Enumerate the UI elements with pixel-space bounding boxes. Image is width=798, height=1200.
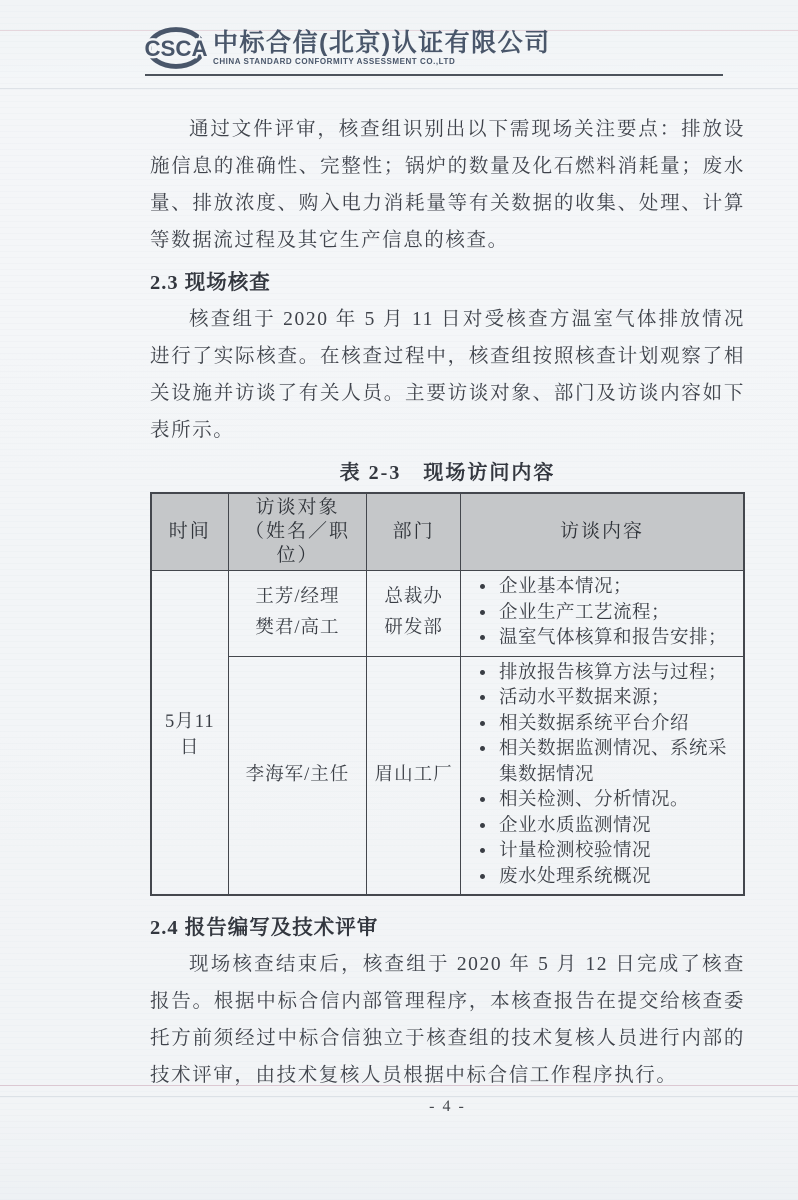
col-header-time: 时间 [151,493,228,571]
table-row: 5月11日 王芳/经理樊君/高工 总裁办研发部 企业基本情况；企业生产工艺流程；… [151,571,744,657]
topics-cell: 企业基本情况；企业生产工艺流程；温室气体核算和报告安排； [461,571,744,657]
interviewee-cell: 李海军/主任 [228,656,367,895]
document-body: 通过文件评审，核查组识别出以下需现场关注要点：排放设施信息的准确性、完整性；锅炉… [150,111,745,1094]
department-cell: 眉山工厂 [367,656,461,895]
table-caption: 表 2-3 现场访问内容 [150,456,745,485]
scanned-report-page: CSCA 中标合信(北京)认证有限公司 CHINA STANDARD CONFO… [0,0,798,1200]
company-name-block: 中标合信(北京)认证有限公司 CHINA STANDARD CONFORMITY… [213,30,551,67]
scan-artifact-line [0,1096,798,1097]
col-header-department: 部门 [367,493,461,571]
time-cell: 5月11日 [151,571,228,896]
header-rule [145,74,723,76]
section-2-4-paragraph: 现场核查结束后，核查组于 2020 年 5 月 12 日完成了核查报告。根据中标… [150,946,745,1094]
col-header-interviewee: 访谈对象 （姓名／职位） [228,493,367,571]
department-cell: 总裁办研发部 [367,571,461,657]
topics-cell: 排放报告核算方法与过程；活动水平数据来源；相关数据系统平台介绍相关数据监测情况、… [461,656,744,895]
col-header-content: 访谈内容 [461,493,744,571]
csca-emblem-icon: CSCA [145,24,207,72]
svg-text:CSCA: CSCA [145,36,207,61]
page-number: - 4 - [150,1098,745,1116]
table-row: 李海军/主任 眉山工厂 排放报告核算方法与过程；活动水平数据来源；相关数据系统平… [151,656,744,895]
company-name-cn: 中标合信(北京)认证有限公司 [213,30,551,56]
section-2-4-heading: 2.4 报告编写及技术评审 [150,910,745,946]
company-name-en: CHINA STANDARD CONFORMITY ASSESSMENT CO.… [213,56,551,67]
section-2-3-heading: 2.3 现场核查 [150,265,745,301]
interviewee-cell: 王芳/经理樊君/高工 [228,571,367,657]
company-logo: CSCA 中标合信(北京)认证有限公司 CHINA STANDARD CONFO… [145,24,725,72]
page-header: CSCA 中标合信(北京)认证有限公司 CHINA STANDARD CONFO… [145,24,725,72]
site-visit-table: 时间 访谈对象 （姓名／职位） 部门 访谈内容 5月11日 王芳/经理樊君/高工 [150,492,745,896]
table-header-row: 时间 访谈对象 （姓名／职位） 部门 访谈内容 [151,493,744,571]
section-2-3-paragraph: 核查组于 2020 年 5 月 11 日对受核查方温室气体排放情况进行了实际核查… [150,301,745,449]
scan-artifact-line [0,88,798,89]
intro-paragraph: 通过文件评审，核查组识别出以下需现场关注要点：排放设施信息的准确性、完整性；锅炉… [150,111,745,259]
